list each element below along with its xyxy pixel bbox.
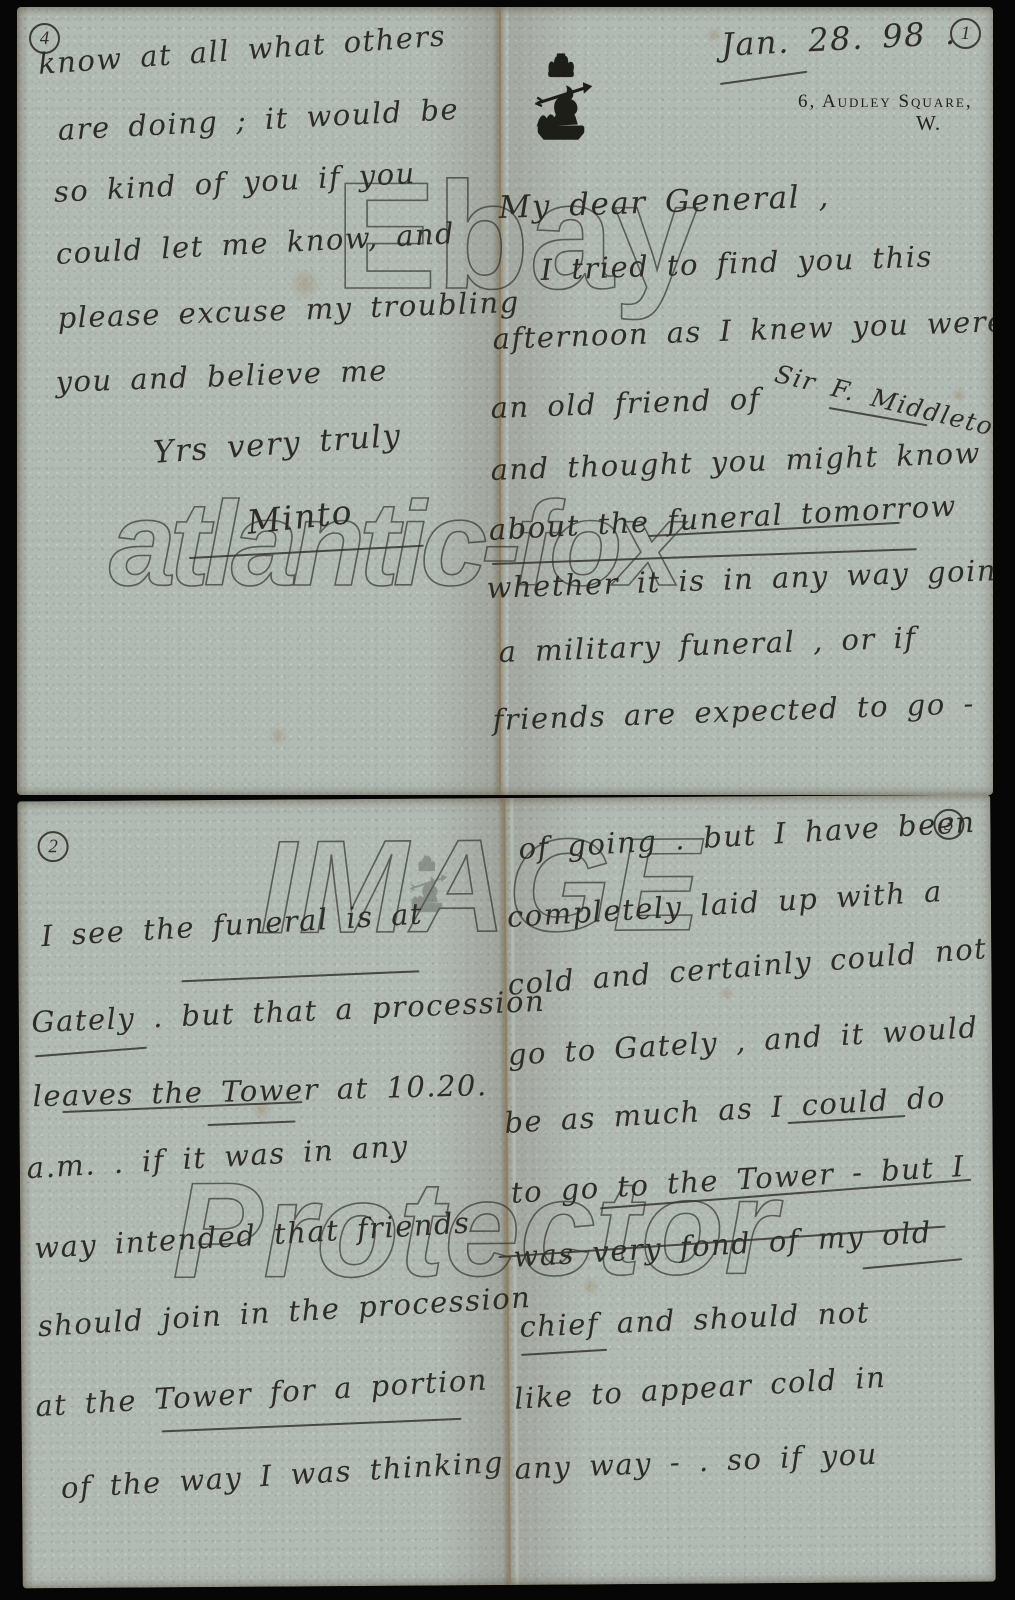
handwritten-line: chief and should not	[519, 1295, 871, 1344]
handwritten-line: about the funeral tomorrow	[488, 488, 958, 546]
handwritten-line: a military funeral , or if	[498, 620, 917, 669]
handwritten-line: was very fond of my old	[512, 1215, 932, 1274]
bottom-spread: IMAGE Protector 2 I see the funeral is a…	[17, 795, 995, 1589]
date-underline	[720, 71, 807, 86]
handwritten-line: are doing ; it would be	[57, 92, 460, 147]
handwritten-line: friends are expected to go -	[492, 686, 975, 737]
underline	[182, 970, 420, 982]
stain	[267, 727, 289, 745]
underline	[35, 1047, 147, 1058]
handwritten-line: any way - . so if you	[514, 1437, 879, 1486]
crest-icon	[524, 50, 598, 145]
handwritten-line: completely laid up with a	[506, 874, 944, 934]
page-number-2: 2	[37, 831, 68, 862]
handwritten-line: cold and certainly could not	[506, 931, 988, 1002]
letterhead-district: W.	[916, 111, 941, 136]
handwritten-line: of the way I was thinking	[60, 1445, 505, 1505]
salutation-line: My dear General ,	[498, 178, 830, 226]
underline	[863, 1258, 963, 1270]
letterhead-address: 6, Audley Square,	[798, 91, 973, 113]
handwritten-line: of going . but I have been	[517, 805, 976, 866]
top-spread: Ebay atlantic-fox 4 know at all what oth…	[17, 7, 993, 795]
date-line: Jan. 28. 98 .	[720, 14, 957, 64]
underline	[162, 1418, 462, 1433]
handwritten-line: you and believe me	[55, 353, 388, 399]
stain	[581, 1277, 601, 1295]
handwritten-line: to go to the Tower - but I	[510, 1149, 966, 1210]
stain	[951, 387, 967, 403]
handwritten-line: so kind of you if you	[53, 156, 417, 209]
handwritten-line: I see the funeral is at	[40, 897, 424, 954]
handwritten-line: Sir F. Middleton	[772, 359, 993, 446]
handwritten-line: please excuse my troubling	[57, 285, 520, 335]
handwritten-line: be as much as I could do	[503, 1080, 946, 1140]
handwritten-line: like to appear cold in	[513, 1360, 887, 1416]
stain	[719, 986, 735, 1000]
handwritten-line: I tried to find you this	[540, 239, 933, 287]
handwritten-line: afternoon as I knew you were	[492, 304, 993, 356]
letter-photo: Ebay atlantic-fox 4 know at all what oth…	[0, 0, 1015, 1600]
handwritten-line: way intended that friends	[33, 1205, 471, 1265]
signoff-line: Yrs very truly	[152, 418, 403, 471]
handwritten-line: know at all what others	[37, 18, 447, 80]
handwritten-line: could let me know, and	[55, 216, 456, 271]
handwritten-line: go to Gately , and it would	[507, 1010, 980, 1072]
handwritten-line: an old friend of	[490, 382, 761, 425]
signature-flourish-stroke	[189, 545, 424, 560]
handwritten-line: a.m. . if it was in any	[26, 1129, 410, 1186]
handwritten-line: and thought you might know	[490, 436, 981, 487]
handwritten-line: leaves the Tower at 10.20.	[32, 1068, 488, 1113]
underline	[208, 1120, 296, 1126]
signature-minto: Minto	[245, 492, 355, 542]
handwritten-line: should join in the procession	[37, 1280, 532, 1343]
underline	[521, 1349, 607, 1356]
handwritten-line: Gately . but that a procession	[31, 984, 546, 1040]
handwritten-line: at the Tower for a portion	[34, 1362, 488, 1423]
